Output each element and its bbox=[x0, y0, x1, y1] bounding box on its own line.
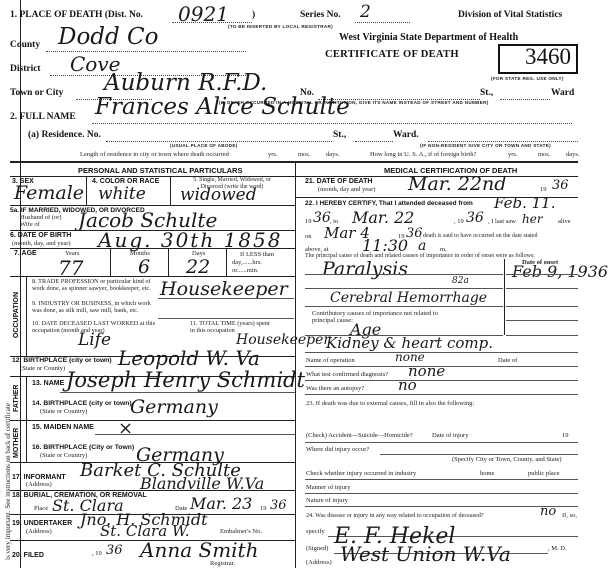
county-label: County bbox=[10, 40, 40, 50]
father-name-label: 13. NAME bbox=[32, 380, 64, 387]
where-injury-label: Where did injury occur? bbox=[306, 446, 369, 453]
age-days: 22 bbox=[186, 256, 210, 278]
division-title: Division of Vital Statistics bbox=[458, 10, 562, 20]
center-divider bbox=[295, 162, 296, 568]
ward-label: Ward bbox=[551, 88, 574, 98]
informant-label: 17. INFORMANT bbox=[12, 474, 66, 481]
occupation-related-label: 24. Was disease or injury in any way rel… bbox=[306, 512, 484, 519]
district-label: District bbox=[10, 64, 41, 74]
undertaker-label: 19. UNDERTAKER bbox=[12, 520, 72, 527]
dist-no: 0921 bbox=[178, 2, 229, 26]
section-divider bbox=[10, 161, 578, 163]
full-name-value: Frances Alice Schulte bbox=[95, 94, 350, 120]
department-title: West Virginia State Department of Health bbox=[339, 32, 518, 43]
test-label: What test confirmed diagnosis? bbox=[306, 371, 388, 378]
series-no: 2 bbox=[360, 2, 371, 22]
dob-sublabel: (month, day, and year) bbox=[12, 240, 71, 247]
age-less-label: If LESS than bbox=[240, 251, 274, 258]
birthplace-sublabel: (State or County) bbox=[20, 365, 65, 372]
cause-2: Cerebral Hemorrhage bbox=[330, 290, 487, 306]
marital-value: widowed bbox=[180, 185, 257, 205]
industry-label: 9. INDUSTRY OR BUSINESS, in which work w… bbox=[32, 300, 157, 314]
dob-label: 6. DATE OF BIRTH bbox=[10, 232, 71, 239]
burial-year: 36 bbox=[270, 498, 287, 513]
place-of-death-label: 1. PLACE OF DEATH (Dist. No. bbox=[10, 10, 143, 20]
last-worked-value: Life bbox=[78, 330, 111, 350]
birthplace-value: Leopold W. Va bbox=[118, 346, 260, 370]
autopsy-value: no bbox=[398, 376, 417, 394]
occupation-related-value: no bbox=[540, 504, 556, 519]
attended-from: Feb. 11. bbox=[494, 194, 555, 212]
town-value: Auburn R.F.D. bbox=[104, 70, 267, 96]
age-label: 7. AGE bbox=[14, 250, 37, 257]
father-birthplace-label: 14. BIRTHPLACE (city or town) bbox=[32, 400, 132, 407]
trade-label: 8. TRADE PROFESSION or particular kind o… bbox=[32, 278, 157, 292]
trade-value: Housekeeper bbox=[160, 278, 288, 300]
mother-side-label: MOTHER bbox=[13, 428, 20, 458]
certificate-number-box: 3460 bbox=[498, 44, 578, 74]
father-side-label: FATHER bbox=[13, 385, 20, 412]
usa-label: How long in U. S. A., if of foreign birt… bbox=[370, 151, 476, 158]
autopsy-label: Was there an autopsy? bbox=[306, 385, 364, 392]
check-where-label: Check whether injury occurred in industr… bbox=[306, 470, 416, 477]
operation-label: Name of operation bbox=[306, 357, 355, 364]
age-months: 6 bbox=[138, 256, 150, 278]
death-date-value: Mar. 22nd bbox=[408, 173, 506, 195]
town-label: Town or City bbox=[10, 88, 63, 98]
physician-address: West Union W.Va bbox=[340, 542, 511, 566]
filed-label: 20. FILED bbox=[12, 552, 44, 559]
certificate-number: 3460 bbox=[525, 44, 571, 70]
birthplace-label: 12. BIRTHPLACE (city or town) bbox=[12, 357, 112, 364]
check-accident-label: (Check) Accident—Suicide—Homicide? bbox=[306, 432, 413, 439]
left-border bbox=[20, 0, 21, 568]
death-date-label: 21. DATE OF DEATH bbox=[305, 178, 372, 185]
father-birthplace-value: Germany bbox=[130, 396, 218, 418]
personal-section-heading: PERSONAL AND STATISTICAL PARTICULARS bbox=[78, 166, 242, 175]
mother-birthplace-label: 16. BIRTHPLACE (City or Town) bbox=[32, 444, 134, 451]
manner-injury-label: Manner of injury bbox=[306, 484, 350, 491]
local-registrar-note: (TO BE INSERTED BY LOCAL REGISTRAR) bbox=[228, 24, 333, 29]
cause-1: Paralysis bbox=[322, 258, 408, 280]
st-label: St., bbox=[480, 88, 493, 98]
registrar-name: Anna Smith bbox=[140, 538, 258, 562]
occupation-side-label: OCCUPATION bbox=[13, 292, 20, 338]
father-name-value: Joseph Henry Schmidt bbox=[66, 368, 305, 392]
death-ampm: a bbox=[418, 238, 426, 254]
usual-abode-note: (USUAL PLACE OF ABODE) bbox=[170, 143, 238, 148]
spouse-sublabel: Husband of (or) Wife of bbox=[20, 214, 64, 228]
residence-ward-label: Ward. bbox=[393, 130, 419, 140]
embalmer-label: Embalmer's No. bbox=[220, 528, 262, 535]
series-label: Series No. bbox=[300, 10, 341, 20]
residence-label: (a) Residence. No. bbox=[28, 130, 101, 140]
certify-label: 22. I HEREBY CERTIFY, That I attended de… bbox=[305, 200, 473, 207]
death-year: 36 bbox=[552, 178, 569, 193]
contributory-label: Contributory causes of importance not re… bbox=[312, 310, 462, 324]
last-saw-pronoun: her bbox=[522, 212, 543, 226]
external-causes-label: 23. If death was due to external causes,… bbox=[306, 400, 474, 407]
mother-maiden-value: × bbox=[118, 418, 133, 439]
nonresident-note: (IF NON-RESIDENT GIVE CITY OR TOWN AND S… bbox=[420, 143, 551, 148]
attended-to-year: 36 bbox=[466, 210, 484, 226]
race-value: white bbox=[98, 184, 146, 204]
certificate-title: CERTIFICATE OF DEATH bbox=[325, 49, 459, 60]
cause-1-onset: Feb 9, 1936 bbox=[512, 262, 608, 281]
mother-maiden-label: 15. MAIDEN NAME bbox=[32, 424, 94, 431]
sex-value: Female bbox=[14, 182, 84, 204]
cause-1-code: 82a bbox=[452, 276, 469, 286]
nature-injury-label: Nature of injury bbox=[306, 497, 348, 504]
filed-year: 36 bbox=[106, 543, 123, 558]
state-reg-note: (FOR STATE REG. USE ONLY) bbox=[491, 76, 564, 81]
margin-note: is very important. See instructions on b… bbox=[4, 403, 12, 560]
length-residence-label: Length of residence in city or town wher… bbox=[80, 151, 229, 158]
county-value: Dodd Co bbox=[58, 24, 159, 50]
full-name-label: 2. FULL NAME bbox=[10, 112, 76, 122]
residence-st-label: St., bbox=[333, 130, 346, 140]
